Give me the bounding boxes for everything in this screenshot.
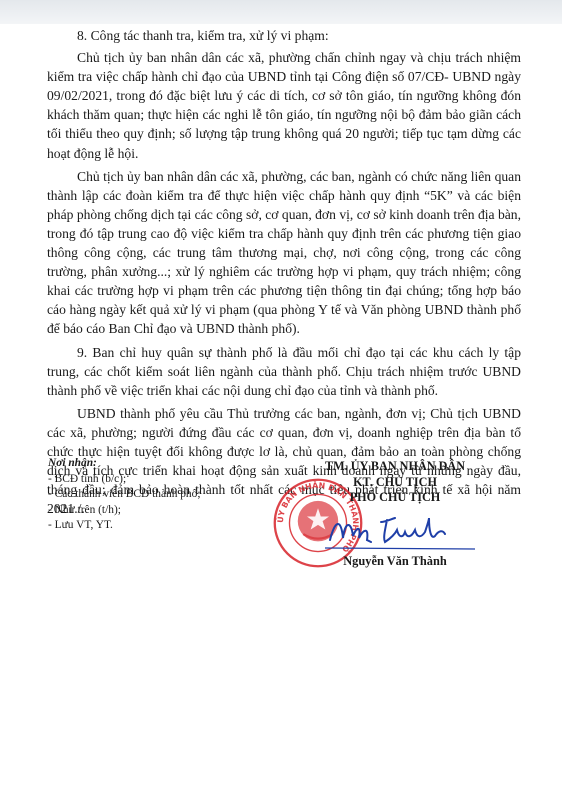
recipient-item: - Lưu VT, YT.	[48, 518, 268, 534]
signature-title-line-2: KT. CHỦ TỊCH	[290, 475, 500, 491]
recipients-list: - BCĐ tỉnh (b/c); - Các thành viên BCĐ t…	[48, 472, 268, 534]
document-body: 8. Công tác thanh tra, kiểm tra, xử lý v…	[47, 26, 521, 522]
signature-block: TM. ỦY BAN NHÂN DÂN KT. CHỦ TỊCH PHÓ CHỦ…	[290, 459, 500, 506]
signer-name: Nguyễn Văn Thành	[290, 554, 500, 569]
section-8-paragraph-1: Chủ tịch ủy ban nhân dân các xã, phường …	[47, 48, 521, 163]
section-8-paragraph-2: Chủ tịch ủy ban nhân dân các xã, phường,…	[47, 167, 521, 339]
section-8-heading: 8. Công tác thanh tra, kiểm tra, xử lý v…	[47, 26, 521, 45]
recipient-item: - BCĐ tỉnh (b/c);	[48, 472, 268, 488]
recipient-item: - Các thành viên BCĐ thành phố;	[48, 487, 268, 503]
section-9-paragraph: 9. Ban chỉ huy quân sự thành phố là đầu …	[47, 343, 521, 400]
recipients-title: Nơi nhận:	[48, 456, 268, 472]
signature-title-line-3: PHÓ CHỦ TỊCH	[290, 490, 500, 506]
scan-top-edge	[0, 0, 562, 24]
recipients-block: Nơi nhận: - BCĐ tỉnh (b/c); - Các thành …	[48, 456, 268, 534]
handwritten-signature-icon	[325, 512, 475, 552]
signature-title-line-1: TM. ỦY BAN NHÂN DÂN	[290, 459, 500, 475]
recipient-item: - Như trên (t/h);	[48, 503, 268, 519]
